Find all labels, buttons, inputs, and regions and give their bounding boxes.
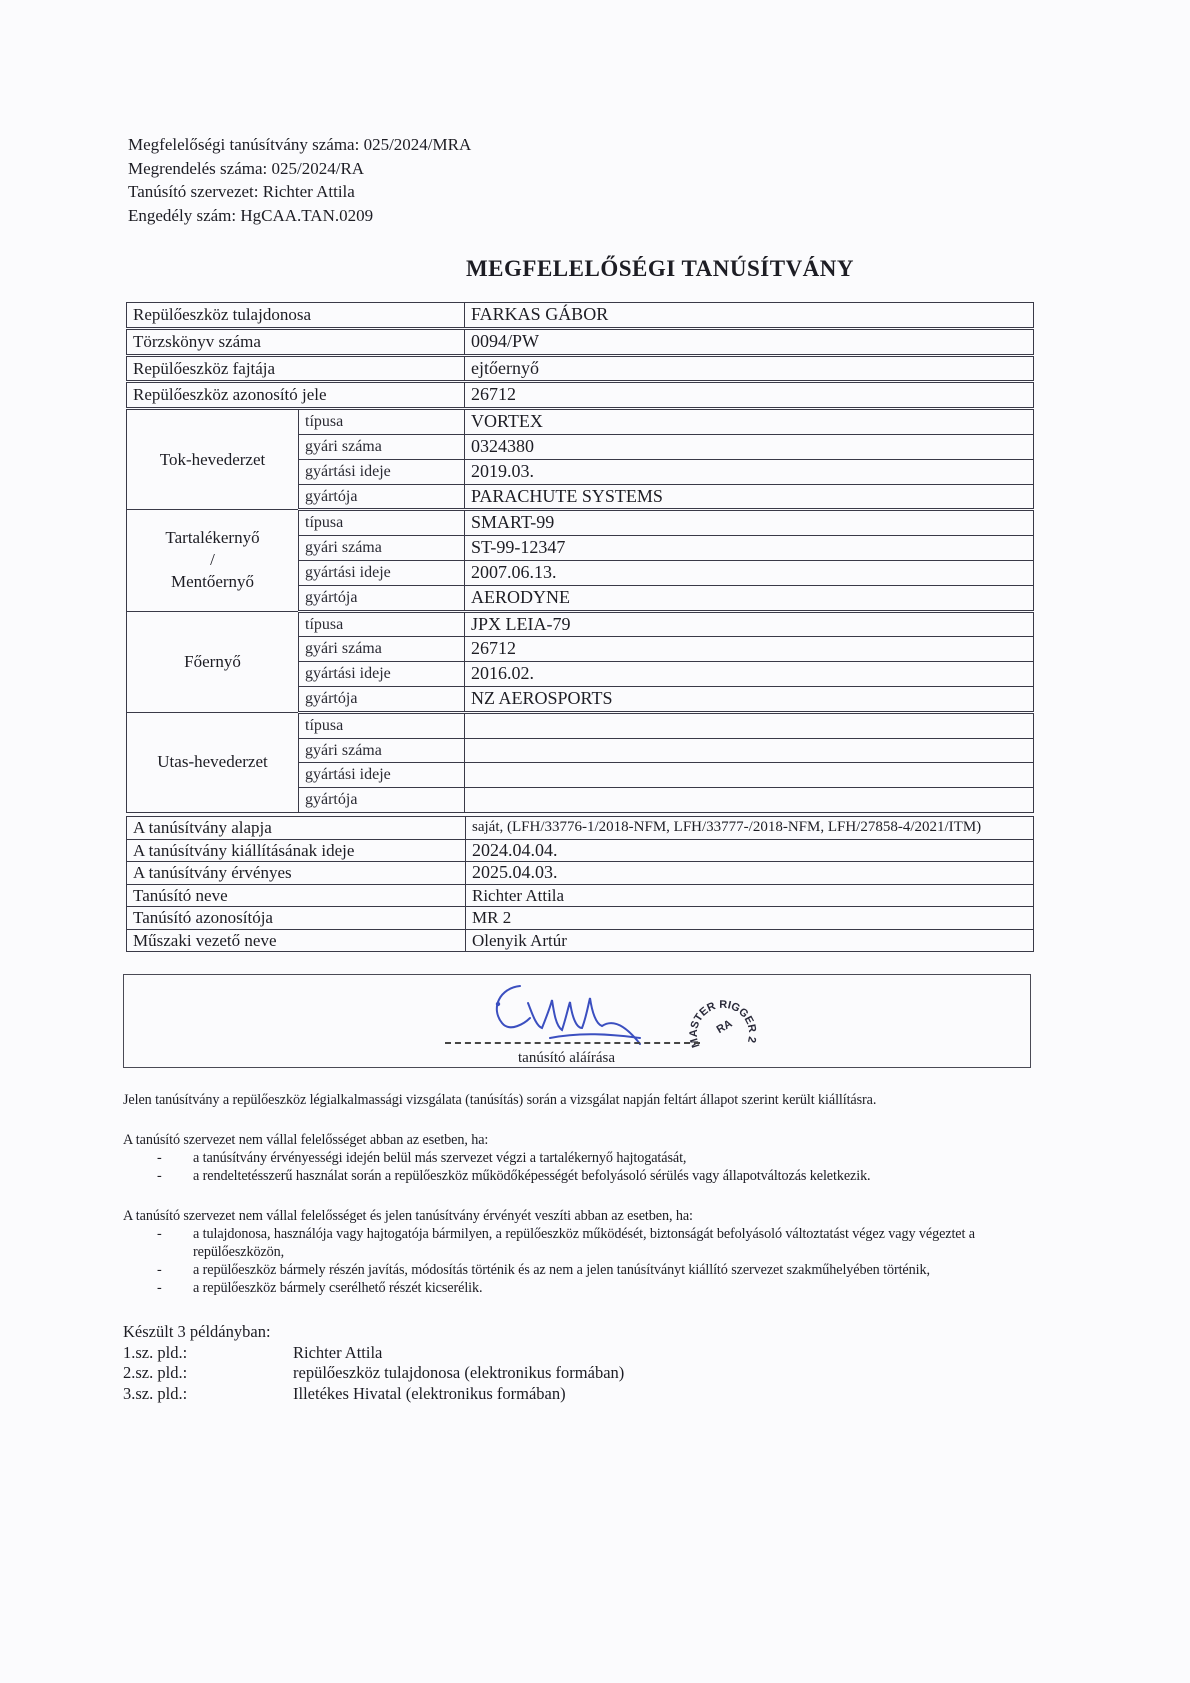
disclaimer-2: A tanúsító szervezet nem vállal felelőss… bbox=[123, 1207, 1043, 1297]
list-item: -a tulajdonosa, használója vagy hajtogat… bbox=[123, 1225, 1043, 1261]
table-row: Tartalékernyő/MentőernyőtípusaSMART-99 bbox=[127, 510, 1034, 536]
table-row: Repülőeszköz fajtájaejtőernyő bbox=[127, 355, 1034, 382]
table-row: FőernyőtípusaJPX LEIA-79 bbox=[127, 611, 1034, 637]
stamp-icon: MASTER RIGGER 2 RA bbox=[688, 988, 758, 1058]
list-item-text: a rendeltetésszerű használat során a rep… bbox=[193, 1168, 871, 1184]
list-item-text: a tanúsítvány érvényességi idején belül … bbox=[193, 1150, 686, 1166]
row-label: Törzskönyv száma bbox=[127, 328, 465, 355]
sub-label: gyári száma bbox=[299, 738, 465, 763]
copy-key: 3.sz. pld.: bbox=[123, 1384, 293, 1405]
sub-label: gyártási ideje bbox=[299, 459, 465, 484]
copy-row: 2.sz. pld.:repülőeszköz tulajdonosa (ele… bbox=[123, 1363, 624, 1384]
row-value: JPX LEIA-79 bbox=[465, 611, 1034, 637]
disclaimer-1: A tanúsító szervezet nem vállal felelőss… bbox=[123, 1131, 871, 1185]
row-value: 26712 bbox=[465, 637, 1034, 662]
signature-line bbox=[445, 1042, 700, 1044]
sub-label: gyártója bbox=[299, 788, 465, 813]
row-value bbox=[465, 788, 1034, 813]
row-label: A tanúsítvány kiállításának ideje bbox=[127, 839, 466, 862]
copy-value: repülőeszköz tulajdonosa (elektronikus f… bbox=[293, 1363, 624, 1384]
bullet: - bbox=[157, 1149, 162, 1167]
row-value: 0094/PW bbox=[465, 328, 1034, 355]
document-title: MEGFELELŐSÉGI TANÚSÍTVÁNY bbox=[0, 256, 1190, 282]
document-header: Megfelelőségi tanúsítvány száma: 025/202… bbox=[128, 133, 471, 227]
row-value: Richter Attila bbox=[466, 884, 1034, 907]
disclaimer-1-intro: A tanúsító szervezet nem vállal felelőss… bbox=[123, 1131, 871, 1149]
group-label: Tartalékernyő/Mentőernyő bbox=[127, 510, 299, 611]
row-value: Olenyik Artúr bbox=[466, 929, 1034, 952]
row-label: Repülőeszköz fajtája bbox=[127, 355, 465, 382]
row-value: PARACHUTE SYSTEMS bbox=[465, 484, 1034, 510]
row-label: A tanúsítvány érvényes bbox=[127, 862, 466, 885]
copy-value: Illetékes Hivatal (elektronikus formában… bbox=[293, 1384, 566, 1405]
sub-label: gyártója bbox=[299, 585, 465, 611]
list-item: -a tanúsítvány érvényességi idején belül… bbox=[123, 1149, 871, 1167]
license-number: Engedély szám: HgCAA.TAN.0209 bbox=[128, 204, 471, 228]
list-item-text: a repülőeszköz bármely részén javítás, m… bbox=[193, 1262, 930, 1278]
copy-key: 2.sz. pld.: bbox=[123, 1363, 293, 1384]
bullet: - bbox=[157, 1261, 162, 1279]
group-label: Tok-hevederzet bbox=[127, 409, 299, 510]
row-value bbox=[465, 763, 1034, 788]
certifier-org: Tanúsító szervezet: Richter Attila bbox=[128, 180, 471, 204]
row-label: Tanúsító neve bbox=[127, 884, 466, 907]
bullet: - bbox=[157, 1225, 162, 1243]
copies-intro: Készült 3 példányban: bbox=[123, 1322, 624, 1343]
sub-label: gyártási ideje bbox=[299, 560, 465, 585]
row-value: 2007.06.13. bbox=[465, 560, 1034, 585]
row-label: Repülőeszköz tulajdonosa bbox=[127, 303, 465, 329]
sub-label: típusa bbox=[299, 712, 465, 738]
bullet: - bbox=[157, 1167, 162, 1185]
statement: Jelen tanúsítvány a repülőeszköz légialk… bbox=[123, 1091, 876, 1109]
copy-row: 3.sz. pld.:Illetékes Hivatal (elektronik… bbox=[123, 1384, 624, 1405]
row-value: 26712 bbox=[465, 382, 1034, 409]
row-value: 2016.02. bbox=[465, 662, 1034, 687]
sub-label: típusa bbox=[299, 409, 465, 435]
sub-label: gyártója bbox=[299, 686, 465, 712]
order-number: Megrendelés száma: 025/2024/RA bbox=[128, 157, 471, 181]
table-row: A tanúsítvány kiállításának ideje2024.04… bbox=[127, 839, 1034, 862]
row-value: ST-99-12347 bbox=[465, 536, 1034, 561]
row-label: A tanúsítvány alapja bbox=[127, 817, 466, 840]
row-value: AERODYNE bbox=[465, 585, 1034, 611]
table-row: A tanúsítvány alapjasaját, (LFH/33776-1/… bbox=[127, 817, 1034, 840]
svg-text:RA: RA bbox=[715, 1018, 735, 1036]
copy-row: 1.sz. pld.:Richter Attila bbox=[123, 1343, 624, 1364]
disclaimer-2-intro: A tanúsító szervezet nem vállal felelőss… bbox=[123, 1207, 1043, 1225]
row-label: Repülőeszköz azonosító jele bbox=[127, 382, 465, 409]
table-row: A tanúsítvány érvényes2025.04.03. bbox=[127, 862, 1034, 885]
row-value: VORTEX bbox=[465, 409, 1034, 435]
cert-number: Megfelelőségi tanúsítvány száma: 025/202… bbox=[128, 133, 471, 157]
table-row: Tanúsító azonosítójaMR 2 bbox=[127, 907, 1034, 930]
sub-label: gyári száma bbox=[299, 637, 465, 662]
sub-label: gyártási ideje bbox=[299, 662, 465, 687]
row-value: saját, (LFH/33776-1/2018-NFM, LFH/33777-… bbox=[466, 817, 1034, 840]
row-value: NZ AEROSPORTS bbox=[465, 686, 1034, 712]
group-label: Főernyő bbox=[127, 611, 299, 712]
row-label: Műszaki vezető neve bbox=[127, 929, 466, 952]
table-row: Repülőeszköz azonosító jele26712 bbox=[127, 382, 1034, 409]
row-value: 2024.04.04. bbox=[466, 839, 1034, 862]
row-value: 0324380 bbox=[465, 434, 1034, 459]
table-row: Tanúsító neveRichter Attila bbox=[127, 884, 1034, 907]
list-item: -a repülőeszköz bármely cserélhető részé… bbox=[123, 1279, 1043, 1297]
row-value: MR 2 bbox=[466, 907, 1034, 930]
signature-label: tanúsító aláírása bbox=[518, 1050, 615, 1067]
row-label: Tanúsító azonosítója bbox=[127, 907, 466, 930]
certificate-details-table: A tanúsítvány alapjasaját, (LFH/33776-1/… bbox=[126, 816, 1034, 952]
signature-icon bbox=[490, 978, 700, 1048]
row-value: ejtőernyő bbox=[465, 355, 1034, 382]
group-label: Utas-hevederzet bbox=[127, 712, 299, 812]
list-item-text: a repülőeszköz bármely cserélhető részét… bbox=[193, 1280, 482, 1296]
copies-section: Készült 3 példányban: 1.sz. pld.:Richter… bbox=[123, 1322, 624, 1404]
table-row: Utas-hevederzettípusa bbox=[127, 712, 1034, 738]
certificate-table: Repülőeszköz tulajdonosaFARKAS GÁBORTörz… bbox=[126, 302, 1034, 813]
row-value: FARKAS GÁBOR bbox=[465, 303, 1034, 329]
bullet: - bbox=[157, 1279, 162, 1297]
sub-label: típusa bbox=[299, 611, 465, 637]
sub-label: gyári száma bbox=[299, 434, 465, 459]
row-value bbox=[465, 738, 1034, 763]
list-item-text: a tulajdonosa, használója vagy hajtogató… bbox=[193, 1226, 975, 1260]
table-row: Műszaki vezető neveOlenyik Artúr bbox=[127, 929, 1034, 952]
copy-key: 1.sz. pld.: bbox=[123, 1343, 293, 1364]
sub-label: gyártója bbox=[299, 484, 465, 510]
table-row: Törzskönyv száma0094/PW bbox=[127, 328, 1034, 355]
table-row: Repülőeszköz tulajdonosaFARKAS GÁBOR bbox=[127, 303, 1034, 329]
table-row: Tok-hevederzettípusaVORTEX bbox=[127, 409, 1034, 435]
sub-label: típusa bbox=[299, 510, 465, 536]
list-item: -a rendeltetésszerű használat során a re… bbox=[123, 1167, 871, 1185]
copy-value: Richter Attila bbox=[293, 1343, 382, 1364]
row-value: SMART-99 bbox=[465, 510, 1034, 536]
list-item: -a repülőeszköz bármely részén javítás, … bbox=[123, 1261, 1043, 1279]
row-value: 2025.04.03. bbox=[466, 862, 1034, 885]
sub-label: gyártási ideje bbox=[299, 763, 465, 788]
sub-label: gyári száma bbox=[299, 536, 465, 561]
row-value bbox=[465, 712, 1034, 738]
row-value: 2019.03. bbox=[465, 459, 1034, 484]
